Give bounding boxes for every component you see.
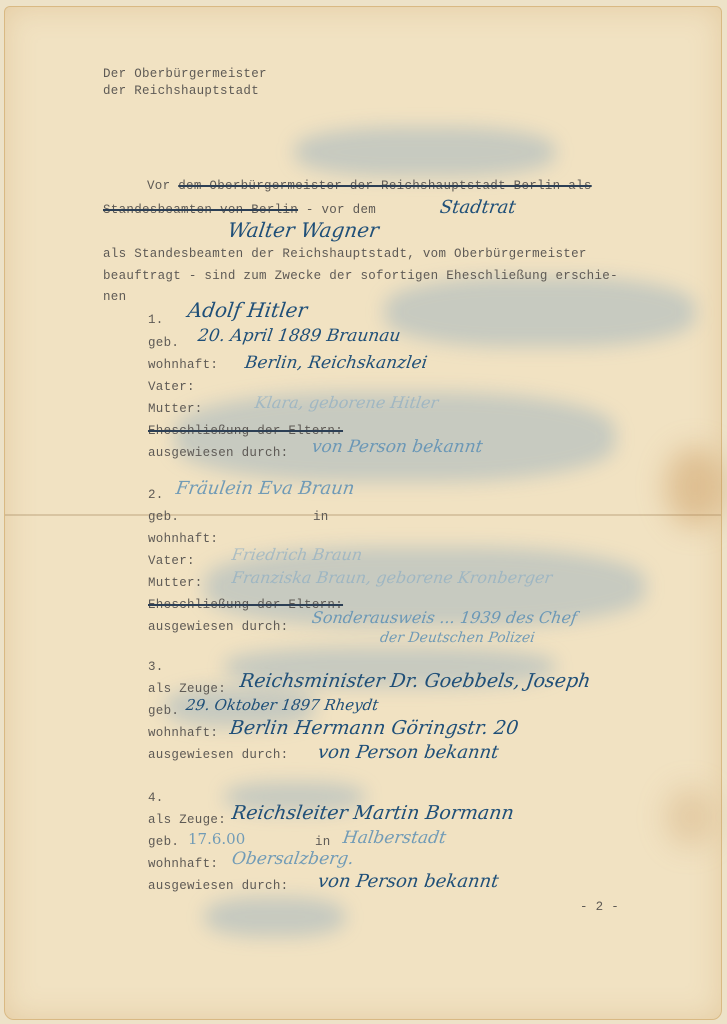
stain-right xyxy=(665,447,725,527)
intro-line-2: Standesbeamten von Berlin - vor dem xyxy=(103,203,376,217)
witness-1-geb-value: 29. Oktober 1897 Rheydt xyxy=(185,696,380,714)
intro-prefix: Vor xyxy=(147,179,170,193)
page-number: - 2 - xyxy=(580,900,619,914)
person-1-geb-label: geb. xyxy=(148,336,179,350)
stain-bottom-right xyxy=(665,787,715,847)
intro-line-4: beauftragt - sind zum Zwecke der soforti… xyxy=(103,269,618,283)
intro-line-5: nen xyxy=(103,290,126,304)
person-2-mutter-label: Mutter: xyxy=(148,576,203,590)
witness-2-in-value: Halberstadt xyxy=(342,828,448,848)
person-2-mutter-value: Franziska Braun, geborene Kronberger xyxy=(231,568,554,587)
intro-struck-2: Standesbeamten von Berlin xyxy=(103,203,298,217)
header-line-1: Der Oberbürgermeister xyxy=(103,67,267,81)
witness-1-wohnhaft-value: Berlin Hermann Göringstr. 20 xyxy=(228,717,519,739)
header-line-2: der Reichshauptstadt xyxy=(103,84,259,98)
person-1-mutter-value: Klara, geborene Hitler xyxy=(254,393,440,412)
witness-2-zeuge-value: Reichsleiter Martin Bormann xyxy=(230,802,515,824)
witness-1-zeuge-label: als Zeuge: xyxy=(148,682,226,696)
witness-2-ausgewiesen-label: ausgewiesen durch: xyxy=(148,879,288,893)
person-2-geb-label: geb. xyxy=(148,510,179,524)
witness-1-wohnhaft-label: wohnhaft: xyxy=(148,726,218,740)
person-1-eltern-label: Eheschließung der Eltern: xyxy=(148,424,343,438)
person-1-number: 1. xyxy=(148,313,164,327)
fold-line xyxy=(5,514,721,516)
witness-1-zeuge-value: Reichsminister Dr. Goebbels, Joseph xyxy=(238,670,592,692)
person-2-ausgewiesen-value: Sonderausweis ... 1939 des Chef xyxy=(311,608,579,627)
witness-1-ausgewiesen-label: ausgewiesen durch: xyxy=(148,748,288,762)
witness-2-zeuge-label: als Zeuge: xyxy=(148,813,226,827)
witness-2-in-label: in xyxy=(315,835,331,849)
intro-suffix: - vor dem xyxy=(306,203,376,217)
person-1-geb-value: 20. April 1889 Braunau xyxy=(197,326,402,346)
witness-1-ausgewiesen-value: von Person bekannt xyxy=(317,742,500,763)
person-1-wohnhaft-value: Berlin, Reichskanzlei xyxy=(244,353,429,373)
person-1-wohnhaft-label: wohnhaft: xyxy=(148,358,218,372)
witness-1-number: 3. xyxy=(148,660,164,674)
person-2-number: 2. xyxy=(148,488,164,502)
witness-2-geb-value: 17.6.00 xyxy=(188,830,245,848)
handwritten-officiant: Walter Wagner xyxy=(226,218,380,242)
witness-2-number: 4. xyxy=(148,791,164,805)
person-1-name: Adolf Hitler xyxy=(186,298,308,322)
person-2-name: Fräulein Eva Braun xyxy=(175,478,356,499)
person-1-mutter-label: Mutter: xyxy=(148,402,203,416)
ink-blot xyxy=(205,897,345,937)
person-2-vater-value: Friedrich Braun xyxy=(231,545,364,564)
witness-1-geb-label: geb. xyxy=(148,704,179,718)
person-2-vater-label: Vater: xyxy=(148,554,195,568)
witness-2-geb-label: geb. xyxy=(148,835,179,849)
ink-blot xyxy=(385,277,695,347)
intro-struck-1: dem Oberbürgermeister der Reichshauptsta… xyxy=(178,179,591,193)
person-1-ausgewiesen-label: ausgewiesen durch: xyxy=(148,446,288,460)
intro-line-3: als Standesbeamten der Reichshauptstadt,… xyxy=(103,247,587,261)
document-page xyxy=(4,6,722,1020)
witness-2-wohnhaft-value: Obersalzberg. xyxy=(231,849,355,869)
witness-2-ausgewiesen-value: von Person bekannt xyxy=(317,871,500,892)
person-1-vater-label: Vater: xyxy=(148,380,195,394)
intro-line-1: Vor dem Oberbürgermeister der Reichshaup… xyxy=(147,179,592,193)
person-2-in-label: in xyxy=(313,510,329,524)
person-1-ausgewiesen-value: von Person bekannt xyxy=(311,437,484,457)
person-2-wohnhaft-label: wohnhaft: xyxy=(148,532,218,546)
person-2-ausgewiesen-label: ausgewiesen durch: xyxy=(148,620,288,634)
handwritten-title: Stadtrat xyxy=(439,197,518,218)
person-2-ausgewiesen-value-line2: der Deutschen Polizei xyxy=(379,630,536,646)
ink-blot xyxy=(295,127,555,177)
witness-2-wohnhaft-label: wohnhaft: xyxy=(148,857,218,871)
